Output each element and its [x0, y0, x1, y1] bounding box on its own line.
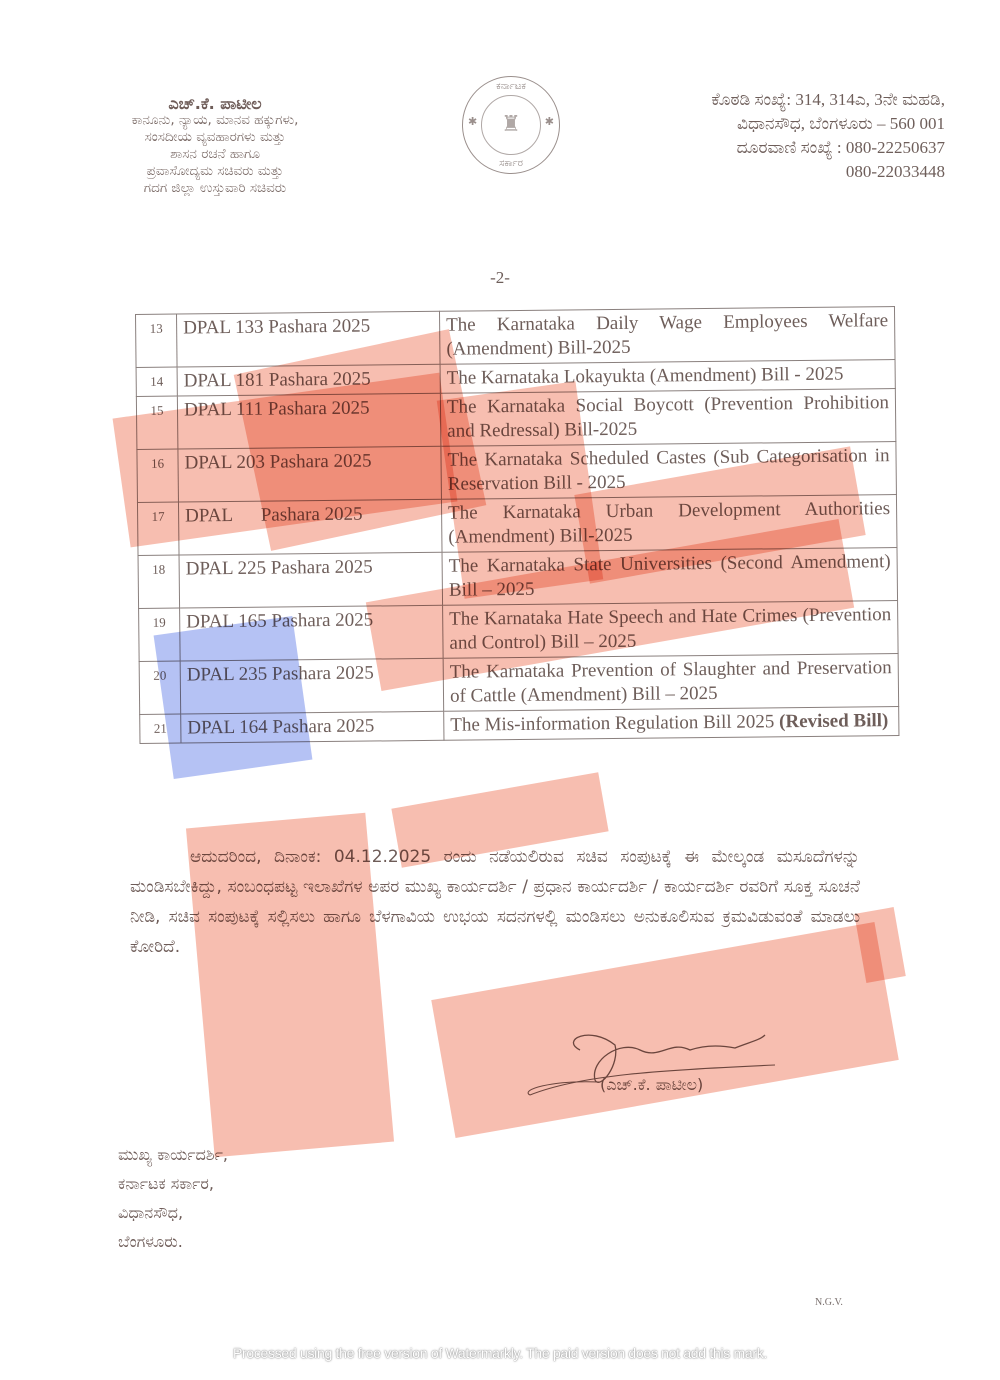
serial-number: 18 [138, 555, 180, 608]
phone-line: 080-22033448 [600, 160, 945, 184]
designation-line: ಪ್ರವಾಸೋದ್ಯಮ ಸಚಿವರು ಮತ್ತು [70, 163, 360, 180]
minister-name: ಎಚ್.ಕೆ. ಪಾಟೀಲ [70, 95, 360, 112]
serial-number: 21 [140, 714, 181, 743]
table-row: 16DPAL 203 Pashara 2025The Karnataka Sch… [137, 442, 897, 503]
addressee-line: ಕರ್ನಾಟಕ ಸರ್ಕಾರ, [118, 1169, 228, 1198]
office-address: ಕೊಠಡಿ ಸಂಖ್ಯೆ: 314, 314ಎ, 3ನೇ ಮಹಡಿ, ವಿಧಾನ… [600, 88, 945, 184]
table-row: 20DPAL 235 Pashara 2025The Karnataka Pre… [139, 654, 899, 715]
government-emblem-seal: ಕರ್ನಾಟಕ ✱ ✱ ♜ ಸರ್ಕಾರ [462, 76, 560, 174]
bills-table: 13DPAL 133 Pashara 2025The Karnataka Dai… [135, 306, 899, 744]
table-row: 19DPAL 165 Pashara 2025The Karnataka Hat… [139, 601, 899, 662]
file-code: DPAL Pashara 2025 [178, 499, 442, 555]
file-code: DPAL 235 Pashara 2025 [180, 658, 444, 714]
address-line: ವಿಧಾನಸೌಧ, ಬೆಂಗಳೂರು – 560 001 [600, 112, 945, 136]
designation-line: ಗದಗ ಜಿಲ್ಲಾ ಉಸ್ತುವಾರಿ ಸಚಿವರು [70, 180, 360, 197]
designation-line: ಸಂಸದೀಯ ವ್ಯವಹಾರಗಳು ಮತ್ತು [70, 129, 360, 146]
bill-title: The Karnataka Scheduled Castes (Sub Cate… [441, 442, 897, 500]
addressee-line: ಬೆಂಗಳೂರು. [118, 1227, 228, 1256]
table-row: 13DPAL 133 Pashara 2025The Karnataka Dai… [136, 307, 896, 368]
minister-designation: ಎಚ್.ಕೆ. ಪಾಟೀಲ ಕಾನೂನು, ನ್ಯಾಯ, ಮಾನವ ಹಕ್ಕುಗ… [70, 95, 360, 197]
bill-title: The Karnataka Prevention of Slaughter an… [443, 654, 899, 712]
signature-scribble [520, 1020, 780, 1110]
file-code: DPAL 203 Pashara 2025 [178, 446, 442, 502]
bill-title: The Karnataka Hate Speech and Hate Crime… [443, 601, 899, 659]
addressee-line: ಮುಖ್ಯ ಕಾರ್ಯದರ್ಶಿ, [118, 1140, 228, 1169]
page-number: -2- [0, 268, 1000, 288]
bill-title: The Karnataka Urban Development Authorit… [441, 495, 897, 553]
bill-title-text: The Karnataka Urban Development Authorit… [448, 498, 890, 548]
bill-title-text: The Mis-information Regulation Bill 2025 [450, 711, 779, 735]
bill-title-text: The Karnataka Daily Wage Employees Welfa… [446, 310, 888, 360]
star-icon: ✱ [545, 115, 554, 128]
serial-number: 13 [136, 314, 178, 367]
phone-line: ದೂರವಾಣಿ ಸಂಖ್ಯೆ : 080-22250637 [600, 136, 945, 160]
file-code: DPAL 111 Pashara 2025 [177, 393, 441, 449]
serial-number: 20 [139, 661, 181, 714]
bill-title-note: (Revised Bill) [779, 710, 888, 732]
addressee-line: ವಿಧಾನಸೌಧ, [118, 1198, 228, 1227]
table-row: 15DPAL 111 Pashara 2025The Karnataka Soc… [136, 389, 896, 450]
bill-title-text: The Karnataka Lokayukta (Amendment) Bill… [447, 364, 844, 389]
bill-title: The Karnataka State Universities (Second… [442, 548, 898, 606]
bill-title-text: The Karnataka State Universities (Second… [449, 551, 891, 601]
crest-icon: ♜ [500, 109, 522, 139]
bill-title-text: The Karnataka Social Boycott (Prevention… [447, 392, 889, 442]
file-code: DPAL 133 Pashara 2025 [177, 311, 441, 367]
designation-line: ಶಾಸನ ರಚನೆ ಹಾಗೂ [70, 146, 360, 163]
emblem-top-text: ಕರ್ನಾಟಕ [463, 81, 559, 92]
serial-number: 17 [137, 502, 179, 555]
file-code: DPAL 165 Pashara 2025 [180, 605, 444, 661]
table-row: 18DPAL 225 Pashara 2025The Karnataka Sta… [138, 548, 898, 609]
bill-title-text: The Karnataka Hate Speech and Hate Crime… [449, 604, 891, 654]
address-line: ಕೊಠಡಿ ಸಂಖ್ಯೆ: 314, 314ಎ, 3ನೇ ಮಹಡಿ, [600, 88, 945, 112]
serial-number: 15 [136, 396, 178, 449]
bill-title: The Karnataka Lokayukta (Amendment) Bill… [440, 360, 895, 394]
bill-title: The Karnataka Social Boycott (Prevention… [440, 389, 896, 447]
bill-title-text: The Karnataka Scheduled Castes (Sub Cate… [447, 445, 889, 495]
addressee-block: ಮುಖ್ಯ ಕಾರ್ಯದರ್ಶಿ, ಕರ್ನಾಟಕ ಸರ್ಕಾರ, ವಿಧಾನಸ… [118, 1140, 228, 1256]
serial-number: 16 [137, 449, 179, 502]
typist-initials: N.G.V. [815, 1297, 843, 1308]
file-code: DPAL 225 Pashara 2025 [179, 552, 443, 608]
file-code: DPAL 181 Pashara 2025 [177, 364, 440, 396]
file-code: DPAL 164 Pashara 2025 [181, 711, 444, 743]
serial-number: 14 [136, 367, 177, 396]
star-icon: ✱ [468, 115, 477, 128]
watermark-notice: Processed using the free version of Wate… [0, 1345, 1000, 1361]
table-row: 17DPAL Pashara 2025The Karnataka Urban D… [137, 495, 897, 556]
bill-title: The Mis-information Regulation Bill 2025… [444, 707, 899, 741]
bill-title-text: The Karnataka Prevention of Slaughter an… [450, 657, 892, 707]
body-paragraph: ಆದುದರಿಂದ, ದಿನಾಂಕ: 04.12.2025 ರಂದು ನಡೆಯಲಿ… [130, 842, 860, 962]
watermark-shape [854, 907, 906, 983]
signatory-name: (ಎಚ್.ಕೆ. ಪಾಟೀಲ) [600, 1075, 703, 1095]
bill-title: The Karnataka Daily Wage Employees Welfa… [439, 307, 895, 365]
serial-number: 19 [139, 608, 181, 661]
designation-line: ಕಾನೂನು, ನ್ಯಾಯ, ಮಾನವ ಹಕ್ಕುಗಳು, [70, 112, 360, 129]
emblem-bottom-text: ಸರ್ಕಾರ [463, 158, 559, 169]
